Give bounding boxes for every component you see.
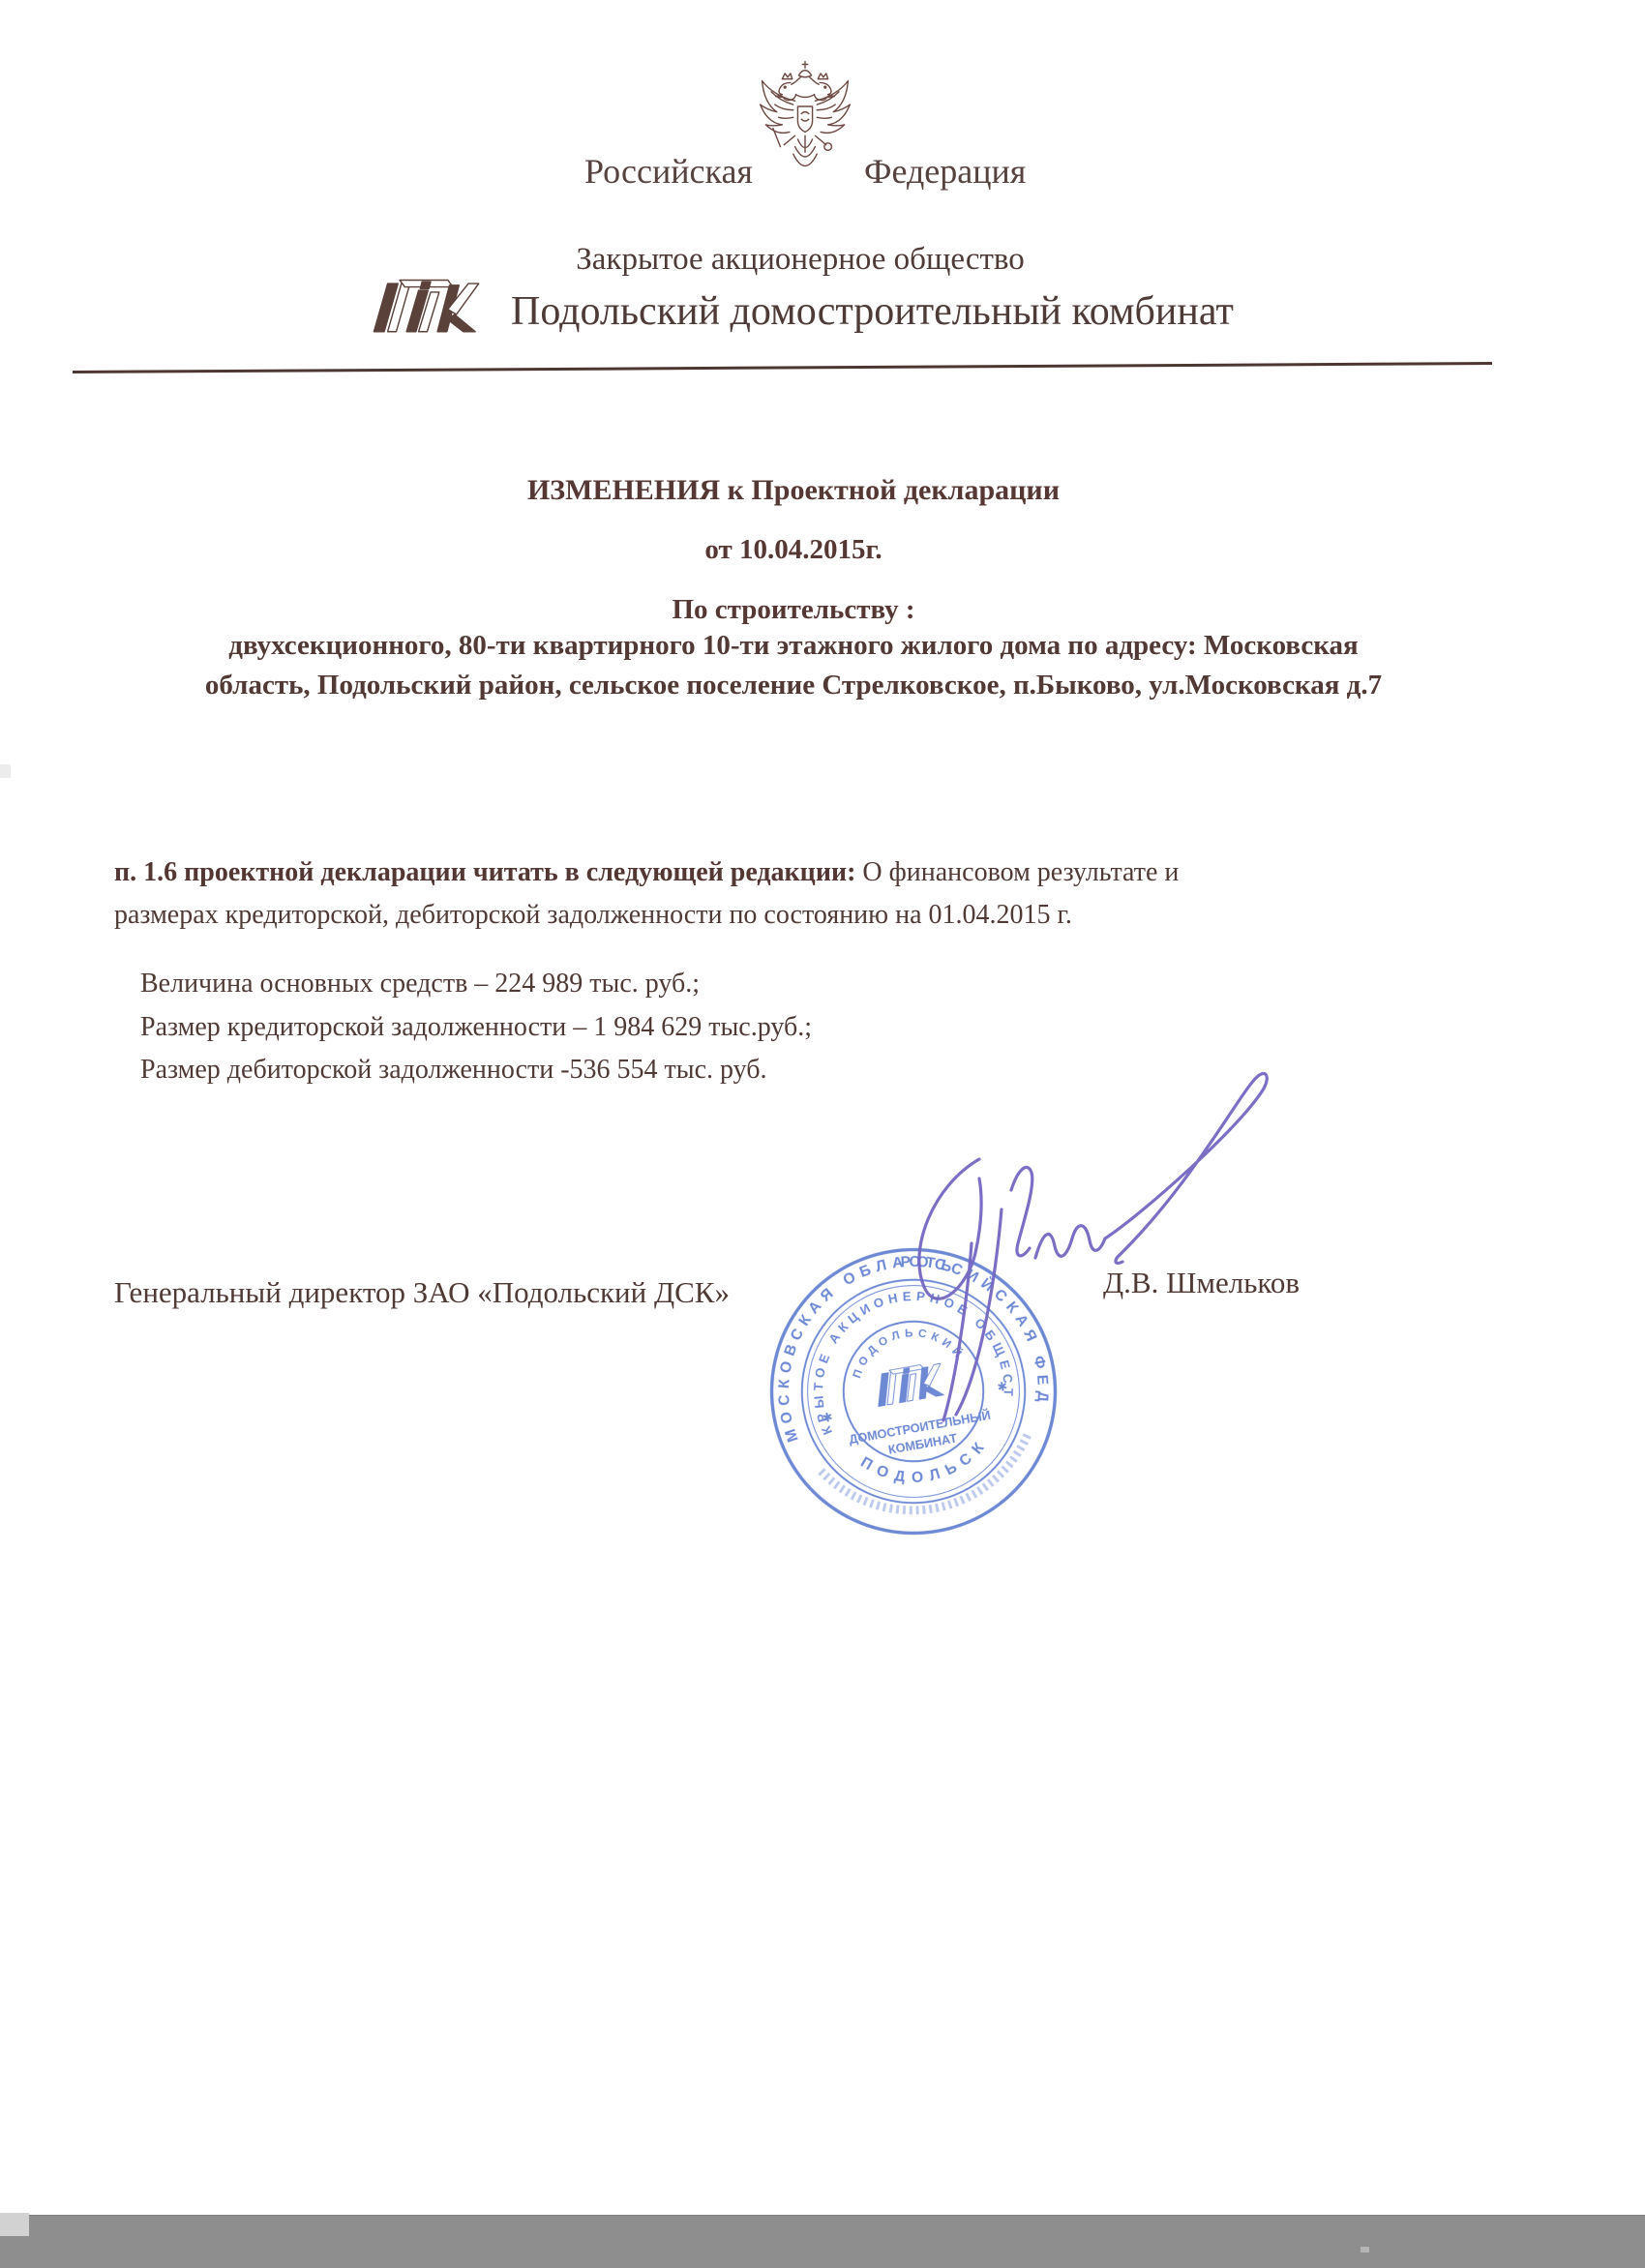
scanner-dot-artifact bbox=[1361, 2247, 1369, 2253]
company-logo-icon bbox=[362, 275, 499, 343]
scanner-background-bar bbox=[0, 2215, 1645, 2268]
stamp-separator-left: ✱ bbox=[822, 1411, 834, 1426]
scan-speck bbox=[0, 764, 11, 778]
scanned-document-page: Российская Федерация Закрытое акционерно… bbox=[0, 0, 1645, 2268]
document-date: от 10.04.2015г. bbox=[0, 534, 1587, 566]
russia-coat-of-arms-icon bbox=[755, 56, 855, 190]
scanner-corner-artifact bbox=[0, 2213, 29, 2236]
figure-fixed-assets: Величина основных средств – 224 989 тыс.… bbox=[140, 969, 700, 1000]
construction-label: По строительству : bbox=[0, 594, 1587, 626]
figure-accounts-payable: Размер кредиторской задолженности – 1 98… bbox=[140, 1012, 812, 1043]
figure-accounts-receivable: Размер дебиторской задолженности -536 55… bbox=[140, 1055, 767, 1086]
handwritten-signature bbox=[871, 1059, 1297, 1447]
letterhead-divider bbox=[73, 362, 1492, 373]
clause-lead-bold: п. 1.6 проектной декларации читать в сле… bbox=[114, 857, 855, 887]
org-name-line: Подольский домостроительный комбинат bbox=[511, 286, 1234, 337]
country-word-right: Федерация bbox=[864, 151, 1026, 192]
document-title: ИЗМЕНЕНИЯ к Проектной декларации bbox=[0, 474, 1587, 507]
country-word-left: Российская bbox=[0, 151, 753, 192]
clause-paragraph: п. 1.6 проектной декларации читать в сле… bbox=[114, 851, 1271, 937]
construction-subject-line-1: двухсекционного, 80-ти квартирного 10-ти… bbox=[0, 630, 1587, 662]
signer-position-line: Генеральный директор ЗАО «Подольский ДСК… bbox=[114, 1275, 730, 1310]
org-type-line: Закрытое акционерное общество bbox=[0, 242, 1600, 278]
construction-subject-line-2: область, Подольский район, сельское посе… bbox=[0, 670, 1587, 701]
